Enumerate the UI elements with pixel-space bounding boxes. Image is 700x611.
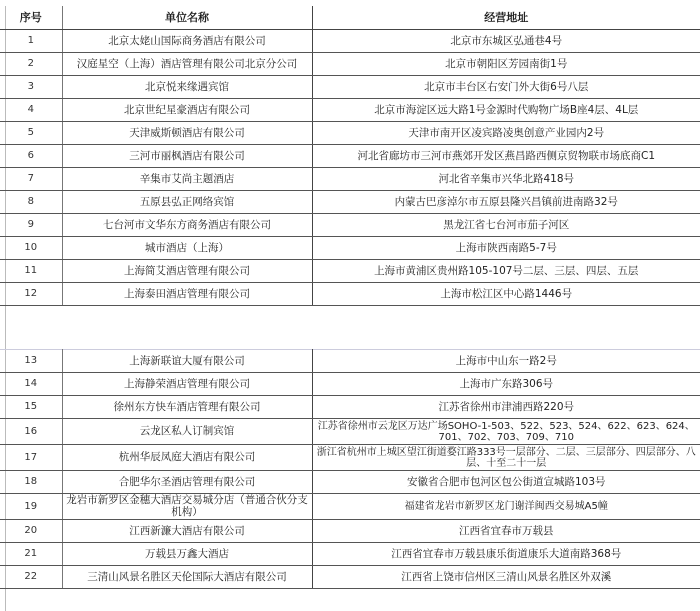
row-index: 12 <box>0 283 62 306</box>
row-index: 11 <box>0 260 62 283</box>
business-address: 江苏省徐州市津浦西路220号 <box>312 396 700 419</box>
row-index: 9 <box>0 214 62 237</box>
row-index: 20 <box>0 520 62 543</box>
unit-name: 七台河市文华东方商务酒店有限公司 <box>62 214 312 237</box>
header-name: 单位名称 <box>62 6 312 30</box>
unit-name: 云龙区私人订制宾馆 <box>62 419 312 445</box>
business-address: 黑龙江省七台河市茄子河区 <box>312 214 700 237</box>
business-address: 江西省上饶市信州区三清山风景名胜区外双溪 <box>312 566 700 589</box>
row-index: 7 <box>0 168 62 191</box>
unit-name: 城市酒店（上海） <box>62 237 312 260</box>
business-address: 上海市广东路306号 <box>312 373 700 396</box>
table-row: 3北京悦来缘遇宾馆北京市丰台区右安门外大街6号八层 <box>0 76 700 99</box>
table-row: 20江西新濂大酒店有限公司江西省宜春市万载县 <box>0 520 700 543</box>
row-index: 2 <box>0 53 62 76</box>
table-row: 13上海新联谊大厦有限公司上海市中山东一路2号 <box>0 350 700 373</box>
table-row: 16云龙区私人订制宾馆江苏省徐州市云龙区万达广场SOHO-1-503、522、5… <box>0 419 700 445</box>
row-index: 6 <box>0 145 62 168</box>
row-index: 22 <box>0 566 62 589</box>
table-row: 9七台河市文华东方商务酒店有限公司黑龙江省七台河市茄子河区 <box>0 214 700 237</box>
business-address: 河北省廊坊市三河市燕郊开发区燕昌路西侧京贸物联市场底商C1 <box>312 145 700 168</box>
business-address: 江西省宜春市万载县康乐街道康乐大道南路368号 <box>312 543 700 566</box>
unit-name: 三河市丽枫酒店有限公司 <box>62 145 312 168</box>
business-address: 北京市东城区弘通巷4号 <box>312 30 700 53</box>
row-index: 4 <box>0 99 62 122</box>
table-row: 2汉庭星空（上海）酒店管理有限公司北京分公司北京市朝阳区芳园南街1号 <box>0 53 700 76</box>
unit-name: 上海新联谊大厦有限公司 <box>62 350 312 373</box>
unit-name: 北京太姥山国际商务酒店有限公司 <box>62 30 312 53</box>
row-index: 3 <box>0 76 62 99</box>
table-row: 6三河市丽枫酒店有限公司河北省廊坊市三河市燕郊开发区燕昌路西侧京贸物联市场底商C… <box>0 145 700 168</box>
header-index: 序号 <box>0 6 62 30</box>
business-address: 北京市朝阳区芳园南街1号 <box>312 53 700 76</box>
table-row: 21万载县万鑫大酒店江西省宜春市万载县康乐街道康乐大道南路368号 <box>0 543 700 566</box>
table-row: 11上海简艾酒店管理有限公司上海市黄浦区贵州路105-107号二层、三层、四层、… <box>0 260 700 283</box>
row-index: 15 <box>0 396 62 419</box>
business-address: 北京市海淀区远大路1号金源时代购物广场B座4层、4L层 <box>312 99 700 122</box>
row-index: 5 <box>0 122 62 145</box>
row-index: 16 <box>0 419 62 445</box>
table-row: 14上海静荣酒店管理有限公司上海市广东路306号 <box>0 373 700 396</box>
unit-name: 三清山风景名胜区天伦国际大酒店有限公司 <box>62 566 312 589</box>
unit-name: 北京悦来缘遇宾馆 <box>62 76 312 99</box>
unit-name: 上海泰田酒店管理有限公司 <box>62 283 312 306</box>
unit-name: 杭州华辰凤庭大酒店有限公司 <box>62 445 312 471</box>
table-row: 10城市酒店（上海）上海市陕西南路5-7号 <box>0 237 700 260</box>
unit-name: 上海静荣酒店管理有限公司 <box>62 373 312 396</box>
row-index: 17 <box>0 445 62 471</box>
business-address: 浙江省杭州市上城区望江街道婺江路333号一层部分、二层、三层部分、四层部分、八层… <box>312 445 700 471</box>
unit-name: 江西新濂大酒店有限公司 <box>62 520 312 543</box>
table-row: 4北京世纪星豪酒店有限公司北京市海淀区远大路1号金源时代购物广场B座4层、4L层 <box>0 99 700 122</box>
table-row: 15徐州东方快车酒店管理有限公司江苏省徐州市津浦西路220号 <box>0 396 700 419</box>
header-address: 经营地址 <box>312 6 700 30</box>
hotel-table-part1: 序号 单位名称 经营地址 1北京太姥山国际商务酒店有限公司北京市东城区弘通巷4号… <box>0 6 700 306</box>
row-index: 21 <box>0 543 62 566</box>
row-index: 14 <box>0 373 62 396</box>
table-row: 8五原县弘正网络宾馆内蒙古巴彦淖尔市五原县隆兴昌镇前进南路32号 <box>0 191 700 214</box>
business-address: 北京市丰台区右安门外大街6号八层 <box>312 76 700 99</box>
unit-name: 上海简艾酒店管理有限公司 <box>62 260 312 283</box>
row-index: 19 <box>0 494 62 520</box>
business-address: 福建省龙岩市新罗区龙门谢洋闽西交易城A5幢 <box>312 494 700 520</box>
unit-name: 龙岩市新罗区金穗大酒店交易城分店（普通合伙分支机构） <box>62 494 312 520</box>
unit-name: 北京世纪星豪酒店有限公司 <box>62 99 312 122</box>
table-row: 1北京太姥山国际商务酒店有限公司北京市东城区弘通巷4号 <box>0 30 700 53</box>
unit-name: 万载县万鑫大酒店 <box>62 543 312 566</box>
table-row: 5天津威斯顿酒店有限公司天津市南开区凌宾路凌奥创意产业园内2号 <box>0 122 700 145</box>
hotel-table-part2: 13上海新联谊大厦有限公司上海市中山东一路2号14上海静荣酒店管理有限公司上海市… <box>0 349 700 589</box>
table-row: 22三清山风景名胜区天伦国际大酒店有限公司江西省上饶市信州区三清山风景名胜区外双… <box>0 566 700 589</box>
unit-name: 合肥华尔圣酒店管理有限公司 <box>62 471 312 494</box>
table-row: 7辛集市艾尚主题酒店河北省辛集市兴华北路418号 <box>0 168 700 191</box>
unit-name: 徐州东方快车酒店管理有限公司 <box>62 396 312 419</box>
business-address: 内蒙古巴彦淖尔市五原县隆兴昌镇前进南路32号 <box>312 191 700 214</box>
table-row: 17杭州华辰凤庭大酒店有限公司浙江省杭州市上城区望江街道婺江路333号一层部分、… <box>0 445 700 471</box>
table-header-row: 序号 单位名称 经营地址 <box>0 6 700 30</box>
business-address: 上海市中山东一路2号 <box>312 350 700 373</box>
unit-name: 汉庭星空（上海）酒店管理有限公司北京分公司 <box>62 53 312 76</box>
business-address: 河北省辛集市兴华北路418号 <box>312 168 700 191</box>
unit-name: 天津威斯顿酒店有限公司 <box>62 122 312 145</box>
row-index: 8 <box>0 191 62 214</box>
unit-name: 辛集市艾尚主题酒店 <box>62 168 312 191</box>
table-row: 12上海泰田酒店管理有限公司上海市松江区中心路1446号 <box>0 283 700 306</box>
business-address: 上海市陕西南路5-7号 <box>312 237 700 260</box>
row-index: 1 <box>0 30 62 53</box>
unit-name: 五原县弘正网络宾馆 <box>62 191 312 214</box>
table-row: 18合肥华尔圣酒店管理有限公司安徽省合肥市包河区包公街道宣城路103号 <box>0 471 700 494</box>
row-index: 10 <box>0 237 62 260</box>
row-index: 18 <box>0 471 62 494</box>
business-address: 江西省宜春市万载县 <box>312 520 700 543</box>
row-index: 13 <box>0 350 62 373</box>
business-address: 江苏省徐州市云龙区万达广场SOHO-1-503、522、523、524、622、… <box>312 419 700 445</box>
table-row: 19龙岩市新罗区金穗大酒店交易城分店（普通合伙分支机构）福建省龙岩市新罗区龙门谢… <box>0 494 700 520</box>
business-address: 上海市松江区中心路1446号 <box>312 283 700 306</box>
business-address: 安徽省合肥市包河区包公街道宣城路103号 <box>312 471 700 494</box>
business-address: 上海市黄浦区贵州路105-107号二层、三层、四层、五层 <box>312 260 700 283</box>
business-address: 天津市南开区凌宾路凌奥创意产业园内2号 <box>312 122 700 145</box>
